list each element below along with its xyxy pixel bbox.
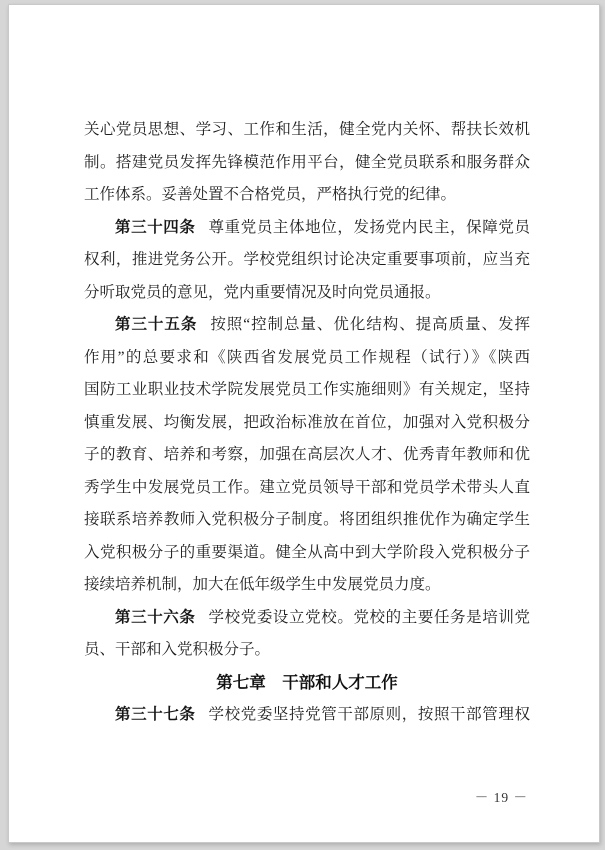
body-line: 子的教育、培养和考察，加强在高层次人才、优秀青年教师和优 — [84, 439, 530, 472]
body-line: 秀学生中发展党员工作。建立党员领导干部和党员学术带头人直 — [84, 472, 530, 505]
body-text: 学校党委设立党校。党校的主要任务是培训党 — [209, 609, 530, 626]
document-body: 关心党员思想、学习、工作和生活，健全党内关怀、帮扶长效机 制。搭建党员发挥先锋模… — [84, 114, 530, 732]
body-line: 慎重发展、均衡发展，把政治标准放在首位，加强对入党积极分 — [84, 407, 530, 440]
article-line: 第三十五条按照“控制总量、优化结构、提高质量、发挥 — [84, 309, 530, 342]
body-line: 权利，推进党务公开。学校党组织讨论决定重要事项前，应当充 — [84, 244, 530, 277]
body-line: 分听取党员的意见，党内重要情况及时向党员通报。 — [84, 277, 530, 310]
body-text: 制。搭建党员发挥先锋模范作用平台，健全党员联系和服务群众 — [84, 154, 530, 171]
body-text: 国防工业职业技术学院发展党员工作实施细则》有关规定，坚持 — [84, 381, 530, 398]
body-text: 尊重党员主体地位，发扬党内民主，保障党员 — [209, 219, 530, 236]
body-line: 入党积极分子的重要渠道。健全从高中到大学阶段入党积极分子 — [84, 537, 530, 570]
page-number: － 19 － — [475, 786, 528, 806]
document-page: 关心党员思想、学习、工作和生活，健全党内关怀、帮扶长效机 制。搭建党员发挥先锋模… — [8, 4, 600, 843]
body-line: 员、干部和入党积极分子。 — [84, 634, 530, 667]
chapter-heading: 第七章 干部和人才工作 — [84, 667, 530, 700]
body-line: 工作体系。妥善处置不合格党员，严格执行党的纪律。 — [84, 179, 530, 212]
body-text: 员、干部和入党积极分子。 — [84, 641, 270, 658]
body-text: 入党积极分子的重要渠道。健全从高中到大学阶段入党积极分子 — [84, 544, 530, 561]
article-line: 第三十六条学校党委设立党校。党校的主要任务是培训党 — [84, 602, 530, 635]
article-number-label: 第三十七条 — [115, 706, 196, 723]
body-text: 秀学生中发展党员工作。建立党员领导干部和党员学术带头人直 — [84, 479, 530, 496]
body-line: 接联系培养教师入党积极分子制度。将团组织推优作为确定学生 — [84, 504, 530, 537]
body-text: 分听取党员的意见，党内重要情况及时向党员通报。 — [84, 284, 441, 301]
body-text: 接续培养机制，加大在低年级学生中发展党员力度。 — [84, 576, 441, 593]
body-text: 作用”的总要求和《陕西省发展党员工作规程（试行）》《陕西 — [84, 349, 530, 366]
article-number-label: 第三十六条 — [115, 609, 196, 626]
article-number-label: 第三十四条 — [115, 219, 196, 236]
article-line: 第三十四条尊重党员主体地位，发扬党内民主，保障党员 — [84, 212, 530, 245]
body-line: 国防工业职业技术学院发展党员工作实施细则》有关规定，坚持 — [84, 374, 530, 407]
body-line: 作用”的总要求和《陕西省发展党员工作规程（试行）》《陕西 — [84, 342, 530, 375]
body-line: 关心党员思想、学习、工作和生活，健全党内关怀、帮扶长效机 — [84, 114, 530, 147]
body-text: 按照“控制总量、优化结构、提高质量、发挥 — [210, 316, 530, 333]
body-text: 接联系培养教师入党积极分子制度。将团组织推优作为确定学生 — [84, 511, 530, 528]
body-line: 制。搭建党员发挥先锋模范作用平台，健全党员联系和服务群众 — [84, 147, 530, 180]
body-text: 关心党员思想、学习、工作和生活，健全党内关怀、帮扶长效机 — [84, 121, 530, 138]
body-text: 子的教育、培养和考察，加强在高层次人才、优秀青年教师和优 — [84, 446, 530, 463]
body-text: 学校党委坚持党管干部原则，按照干部管理权 — [209, 706, 530, 723]
body-text: 权利，推进党务公开。学校党组织讨论决定重要事项前，应当充 — [84, 251, 530, 268]
body-text: 慎重发展、均衡发展，把政治标准放在首位，加强对入党积极分 — [84, 414, 530, 431]
chapter-heading-text: 第七章 干部和人才工作 — [216, 674, 398, 692]
body-text: 工作体系。妥善处置不合格党员，严格执行党的纪律。 — [84, 186, 456, 203]
body-line: 接续培养机制，加大在低年级学生中发展党员力度。 — [84, 569, 530, 602]
article-number-label: 第三十五条 — [115, 316, 197, 333]
article-line: 第三十七条学校党委坚持党管干部原则，按照干部管理权 — [84, 699, 530, 732]
